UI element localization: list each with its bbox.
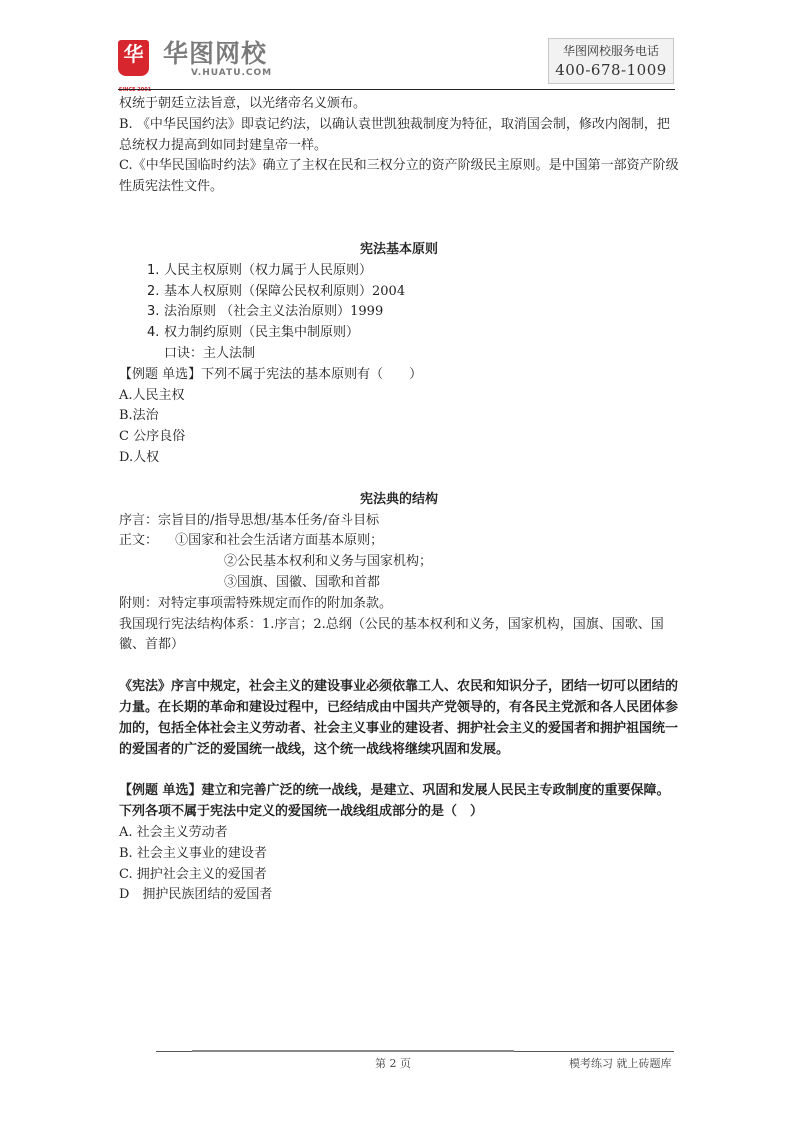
page-number: 第 2 页 (375, 1055, 411, 1071)
principle-item: 4.权力制约原则（民主集中制原则） (119, 323, 679, 344)
spacer (119, 760, 679, 781)
example2-option: C. 拥护社会主义的爱国者 (119, 865, 679, 886)
structure-system: 我国现行宪法结构体系：1.序言；2.总纲（公民的基本权利和义务，国家机构，国旗、… (119, 615, 679, 657)
structure-body: 正文： ①国家和社会生活诸方面基本原则； (119, 531, 679, 552)
principle-item: 3.法治原则 （社会主义法治原则）1999 (119, 302, 679, 323)
principles-mnemonic: 口诀：主人法制 (119, 344, 679, 365)
example1-option: C 公序良俗 (119, 427, 679, 448)
section-title-structure: 宪法典的结构 (119, 490, 679, 511)
logo-name: 华图网校 (163, 40, 272, 68)
logo-text: 华图网校 V.HUATU.COM (163, 40, 272, 78)
example2-option: B. 社会主义事业的建设者 (119, 844, 679, 865)
principle-item: 2.基本人权原则（保障公民权利原则）2004 (119, 282, 679, 303)
section-title-principles: 宪法基本原则 (119, 240, 679, 261)
structure-body-item: ②公民基本权利和义务与国家机构； (119, 552, 679, 573)
footer-divider-accent (192, 1050, 514, 1052)
example2-option: D 拥护民族团结的爱国者 (119, 885, 679, 906)
spacer (119, 469, 679, 490)
intro-line: 权统于朝廷立法旨意，以光绪帝名义颁布。 (119, 94, 679, 115)
example1-question: 【例题 单选】下列不属于宪法的基本原则有（ ） (119, 365, 679, 386)
intro-item-b: B. 《中华民国约法》即袁记约法，以确认袁世凯独裁制度为特征，取消国会制，修改内… (119, 115, 679, 157)
example2-question: 【例题 单选】建立和完善广泛的统一战线，是建立、巩固和发展人民民主专政制度的重要… (119, 781, 679, 823)
footer-slogan: 模考练习 就上砖题库 (569, 1055, 672, 1071)
page-header: 华 SINCE 2001 华图网校 V.HUATU.COM 华图网校服务电话 4… (118, 36, 675, 88)
huatu-logo-icon: 华 SINCE 2001 (118, 40, 149, 76)
example1-option: D.人权 (119, 448, 679, 469)
structure-preamble: 序言：宗旨目的/指导思想/基本任务/奋斗目标 (119, 511, 679, 532)
huatu-logo: 华 SINCE 2001 华图网校 V.HUATU.COM (118, 40, 272, 78)
spacer (119, 198, 679, 240)
logo-url: V.HUATU.COM (191, 68, 272, 78)
service-phone-box: 华图网校服务电话 400-678-1009 (548, 38, 674, 84)
example1-option: B.法治 (119, 406, 679, 427)
example2-option: A. 社会主义劳动者 (119, 823, 679, 844)
united-front-paragraph: 《宪法》序言中规定，社会主义的建设事业必须依靠工人、农民和知识分子，团结一切可以… (119, 677, 679, 760)
header-divider (118, 89, 675, 90)
structure-appendix: 附则：对特定事项需特殊规定而作的附加条款。 (119, 594, 679, 615)
structure-body-item: ③国旗、国徽、国歌和首都 (119, 573, 679, 594)
service-phone-label: 华图网校服务电话 (549, 43, 673, 60)
document-body: 权统于朝廷立法旨意，以光绪帝名义颁布。 B. 《中华民国约法》即袁记约法，以确认… (119, 94, 679, 906)
intro-item-c: C.《中华民国临时约法》确立了主权在民和三权分立的资产阶级民主原则。是中国第一部… (119, 156, 679, 198)
service-phone-number: 400-678-1009 (549, 60, 673, 80)
spacer (119, 656, 679, 677)
example1-option: A.人民主权 (119, 386, 679, 407)
principle-item: 1.人民主权原则（权力属于人民原则） (119, 261, 679, 282)
